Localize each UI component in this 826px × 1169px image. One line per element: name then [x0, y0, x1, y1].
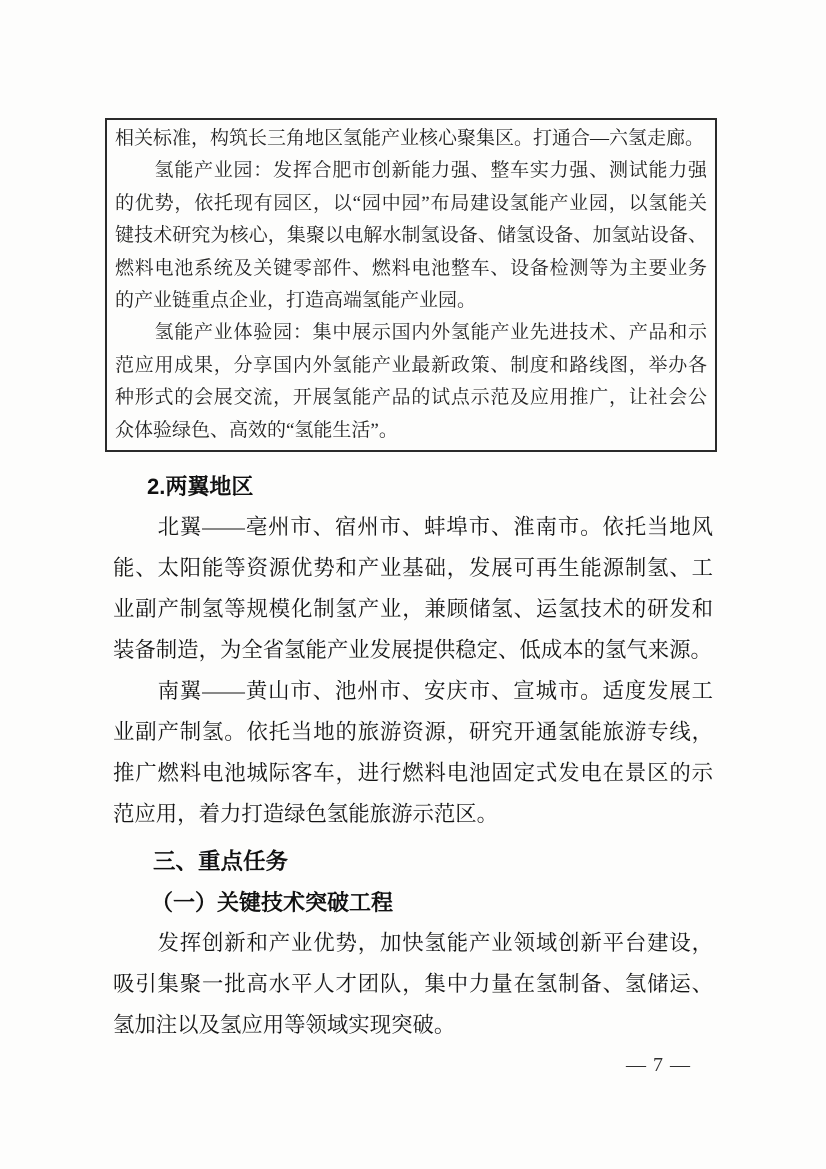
text-line: 氢加注以及氢应用等领域实现突破。 — [113, 1005, 713, 1046]
text-line: 范应用成果，分享国内外氢能产业最新政策、制度和路线图，举办各 — [115, 350, 707, 382]
callout-paragraph-standards: 相关标准，构筑长三角地区氢能产业核心聚集区。打通合—六氢走廊。 — [115, 123, 707, 155]
paragraph-south-wing: 南翼——黄山市、池州市、安庆市、宣城市。适度发展工业副产制氢。依托当地的旅游资源… — [113, 671, 713, 835]
text-line: 能、太阳能等资源优势和产业基础，发展可再生能源制氢、工 — [113, 548, 713, 589]
text-line: 北翼——亳州市、宿州市、蚌埠市、淮南市。依托当地风 — [113, 507, 713, 548]
text-line: 范应用，着力打造绿色氢能旅游示范区。 — [113, 794, 713, 835]
heading-key-technology-project: （一）关键技术突破工程 — [113, 882, 713, 923]
text-line: 相关标准，构筑长三角地区氢能产业核心聚集区。打通合—六氢走廊。 — [115, 123, 707, 155]
document-body: 2.两翼地区 北翼——亳州市、宿州市、蚌埠市、淮南市。依托当地风能、太阳能等资源… — [113, 466, 713, 1046]
text-line: 吸引集聚一批高水平人才团队，集中力量在氢制备、氢储运、 — [113, 964, 713, 1005]
text-line: 业副产制氢。依托当地的旅游资源，研究开通氢能旅游专线， — [113, 712, 713, 753]
text-line: 众体验绿色、高效的“氢能生活”。 — [115, 415, 707, 447]
document-page: 相关标准，构筑长三角地区氢能产业核心聚集区。打通合—六氢走廊。 氢能产业园：发挥… — [0, 0, 826, 1169]
text-line: 推广燃料电池城际客车，进行燃料电池固定式发电在景区的示 — [113, 753, 713, 794]
text-line: 的产业链重点企业，打造高端氢能产业园。 — [115, 285, 707, 317]
paragraph-north-wing: 北翼——亳州市、宿州市、蚌埠市、淮南市。依托当地风能、太阳能等资源优势和产业基础… — [113, 507, 713, 671]
callout-paragraph-industry-park: 氢能产业园：发挥合肥市创新能力强、整车实力强、测试能力强的优势，依托现有园区，以… — [115, 155, 707, 317]
text-line: 业副产制氢等规模化制氢产业，兼顾储氢、运氢技术的研发和 — [113, 589, 713, 630]
text-line: 南翼——黄山市、池州市、安庆市、宣城市。适度发展工 — [113, 671, 713, 712]
heading-key-tasks: 三、重点任务 — [113, 841, 713, 882]
text-line: 装备制造，为全省氢能产业发展提供稳定、低成本的氢气来源。 — [113, 630, 713, 671]
paragraph-innovation-platform: 发挥创新和产业优势，加快氢能产业领域创新平台建设，吸引集聚一批高水平人才团队，集… — [113, 923, 713, 1046]
text-line: 键技术研究为核心，集聚以电解水制氢设备、储氢设备、加氢站设备、 — [115, 220, 707, 252]
text-line: 的优势，依托现有园区，以“园中园”布局建设氢能产业园，以氢能关 — [115, 188, 707, 220]
heading-two-wings-region: 2.两翼地区 — [113, 466, 713, 507]
text-line: 发挥创新和产业优势，加快氢能产业领域创新平台建设， — [113, 923, 713, 964]
callout-paragraph-experience-park: 氢能产业体验园：集中展示国内外氢能产业先进技术、产品和示范应用成果，分享国内外氢… — [115, 317, 707, 447]
text-line: 燃料电池系统及关键零部件、燃料电池整车、设备检测等为主要业务 — [115, 253, 707, 285]
text-line: 氢能产业体验园：集中展示国内外氢能产业先进技术、产品和示 — [115, 317, 707, 349]
page-number: — 7 — — [113, 1054, 713, 1077]
text-line: 氢能产业园：发挥合肥市创新能力强、整车实力强、测试能力强 — [115, 155, 707, 187]
boxed-callout: 相关标准，构筑长三角地区氢能产业核心聚集区。打通合—六氢走廊。 氢能产业园：发挥… — [105, 118, 717, 452]
text-line: 种形式的会展交流，开展氢能产品的试点示范及应用推广，让社会公 — [115, 382, 707, 414]
